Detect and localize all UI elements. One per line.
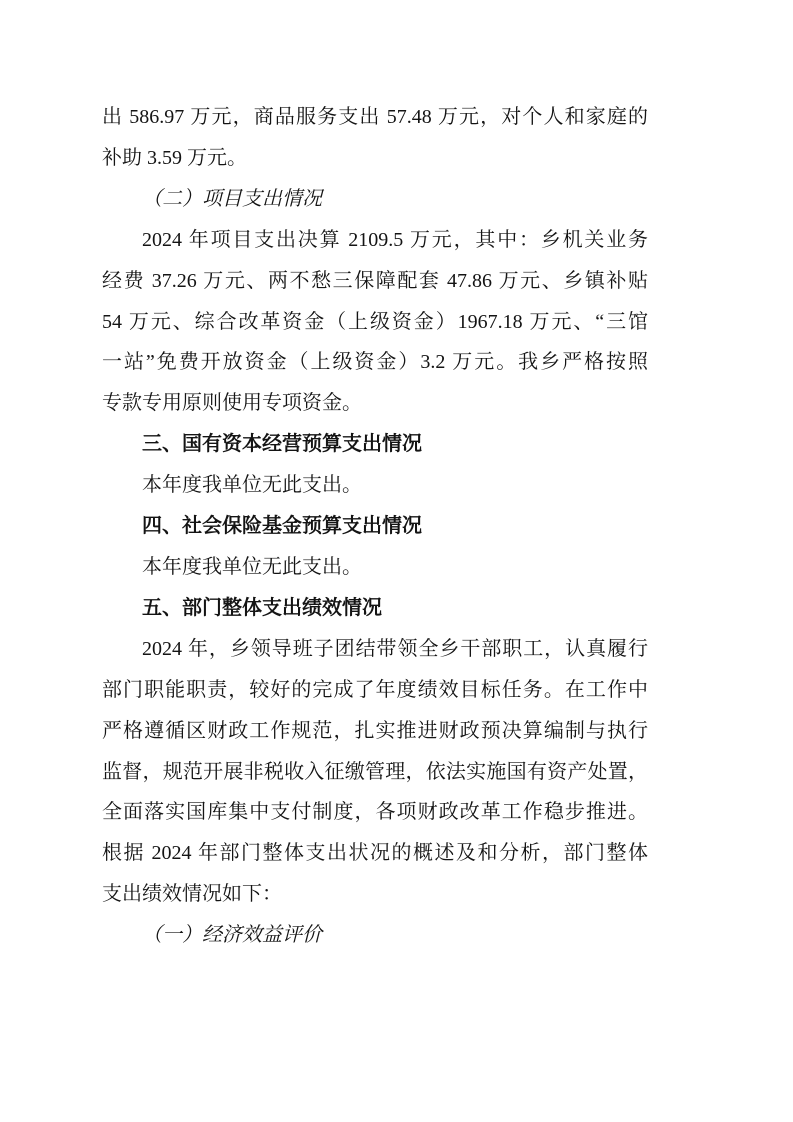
- text-line: 三、国有资本经营预算支出情况: [102, 424, 648, 465]
- text-line: 一站”免费开放资金（上级资金）3.2 万元。我乡严格按照: [102, 342, 648, 383]
- text-line: 经费 37.26 万元、两不愁三保障配套 47.86 万元、乡镇补贴: [102, 261, 648, 302]
- text-line: 部门职能职责，较好的完成了年度绩效目标任务。在工作中: [102, 670, 648, 711]
- text-line: 监督，规范开展非税收入征缴管理，依法实施国有资产处置，: [102, 752, 648, 793]
- text-line: 2024 年，乡领导班子团结带领全乡干部职工，认真履行: [102, 629, 648, 670]
- document-body: 出 586.97 万元，商品服务支出 57.48 万元，对个人和家庭的补助 3.…: [102, 97, 648, 956]
- text-line: 54 万元、综合改革资金（上级资金）1967.18 万元、“三馆: [102, 302, 648, 343]
- text-line: 出 586.97 万元，商品服务支出 57.48 万元，对个人和家庭的: [102, 97, 648, 138]
- document-page: 出 586.97 万元，商品服务支出 57.48 万元，对个人和家庭的补助 3.…: [0, 0, 793, 1122]
- text-line: 本年度我单位无此支出。: [102, 465, 648, 506]
- text-line: 专款专用原则使用专项资金。: [102, 383, 648, 424]
- text-line: （二）项目支出情况: [102, 179, 648, 220]
- text-line: 补助 3.59 万元。: [102, 138, 648, 179]
- text-line: 根据 2024 年部门整体支出状况的概述及和分析，部门整体: [102, 833, 648, 874]
- text-line: 全面落实国库集中支付制度，各项财政改革工作稳步推进。: [102, 792, 648, 833]
- text-line: 严格遵循区财政工作规范，扎实推进财政预决算编制与执行: [102, 711, 648, 752]
- text-line: 四、社会保险基金预算支出情况: [102, 506, 648, 547]
- text-line: 本年度我单位无此支出。: [102, 547, 648, 588]
- text-line: 2024 年项目支出决算 2109.5 万元，其中：乡机关业务: [102, 220, 648, 261]
- text-line: 支出绩效情况如下：: [102, 874, 648, 915]
- text-line: 五、部门整体支出绩效情况: [102, 588, 648, 629]
- text-line: （一）经济效益评价: [102, 915, 648, 956]
